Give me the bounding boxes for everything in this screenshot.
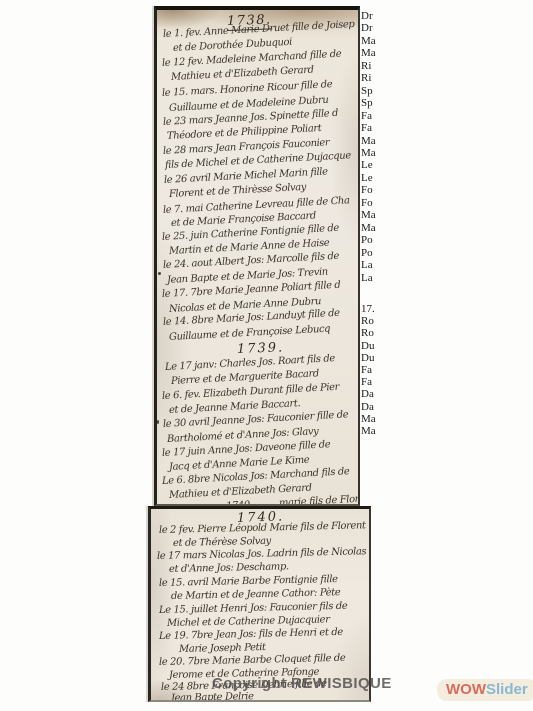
handwritten-line: et d'Anne Jos: Deschamp. bbox=[169, 561, 289, 575]
index-fragment: Fa bbox=[361, 364, 376, 376]
handwritten-line: de Martin et de Jeanne Cathor: Pète bbox=[171, 587, 341, 602]
wowslider-badge-slider: Slider bbox=[486, 681, 528, 698]
index-fragment: Fo bbox=[361, 197, 376, 209]
handwritten-line: Le 19. 7bre Jean Jos: fils de Henri et d… bbox=[159, 627, 343, 642]
index-fragment: Ma bbox=[361, 413, 376, 425]
index-fragment: Dr bbox=[361, 10, 376, 22]
index-fragment: Sp bbox=[361, 97, 376, 109]
index-fragments-block-2: 17.RoRoDuDuFaFaDaDaMaMa bbox=[361, 303, 376, 437]
wowslider-badge-wow: WOW bbox=[446, 681, 486, 698]
index-fragment: Ri bbox=[361, 60, 376, 72]
scan-strip-top: 1738. 1739. le 1. fev. Anne Marie Druet … bbox=[154, 6, 360, 506]
handwritten-line: Marie Joseph Petit bbox=[179, 642, 266, 655]
index-fragment: Le bbox=[361, 172, 376, 184]
index-fragment: Po bbox=[361, 234, 376, 246]
handwritten-line: Jean Bapte Delrie bbox=[171, 691, 254, 702]
index-fragment: Ro bbox=[361, 315, 376, 327]
index-fragment: Da bbox=[361, 388, 376, 400]
index-fragment: Ro bbox=[361, 327, 376, 339]
index-fragment: 17. bbox=[361, 303, 376, 315]
index-fragment: Ma bbox=[361, 209, 376, 221]
index-fragment: Po bbox=[361, 247, 376, 259]
index-fragment: La bbox=[361, 272, 376, 284]
scan-strip-bottom: 1740. le 2 fev. Pierre Léopold Marie fil… bbox=[148, 506, 371, 702]
index-fragment: Ri bbox=[361, 72, 376, 84]
scanned-register-page: 1738. 1739. le 1. fev. Anne Marie Druet … bbox=[0, 0, 533, 711]
index-fragment: Du bbox=[361, 340, 376, 352]
index-fragment: Da bbox=[361, 401, 376, 413]
ink-speck bbox=[157, 420, 159, 424]
handwritten-line: et de Thérèse Solvay bbox=[173, 536, 271, 549]
index-fragments-block-1: DrDrMaMaRiRiSpSpFaFaMaMaLeLeFoFoMaMaPoPo… bbox=[361, 10, 376, 284]
index-fragment: Fa bbox=[361, 110, 376, 122]
index-fragment: Ma bbox=[361, 135, 376, 147]
index-fragment: Dr bbox=[361, 22, 376, 34]
copyright-watermark: Copyright REWISBIQUE bbox=[212, 675, 392, 692]
handwritten-line: marie fils de Flore bbox=[279, 494, 360, 506]
year-heading-1739: 1739. bbox=[237, 340, 285, 357]
handwritten-line: le 15. avril Marie Barbe Fontignie fille bbox=[159, 574, 338, 589]
index-fragment: Le bbox=[361, 159, 376, 171]
index-fragment: Fa bbox=[361, 376, 376, 388]
index-fragment: Du bbox=[361, 352, 376, 364]
index-fragment: Fa bbox=[361, 122, 376, 134]
index-fragment: Sp bbox=[361, 85, 376, 97]
index-fragment: La bbox=[361, 259, 376, 271]
index-fragment: Ma bbox=[361, 47, 376, 59]
index-fragment: Ma bbox=[361, 425, 376, 437]
index-fragment: Ma bbox=[361, 147, 376, 159]
index-fragment: Ma bbox=[361, 35, 376, 47]
handwritten-line: le 2 fev. Pierre Léopold Marie fils de F… bbox=[159, 520, 366, 536]
handwritten-line: Guillaume et de Françoise Lebucq bbox=[169, 324, 331, 343]
wowslider-badge[interactable]: WOWSlider bbox=[437, 679, 533, 701]
index-fragment: Ma bbox=[361, 222, 376, 234]
index-fragment: Fo bbox=[361, 184, 376, 196]
ink-speck bbox=[158, 272, 161, 275]
